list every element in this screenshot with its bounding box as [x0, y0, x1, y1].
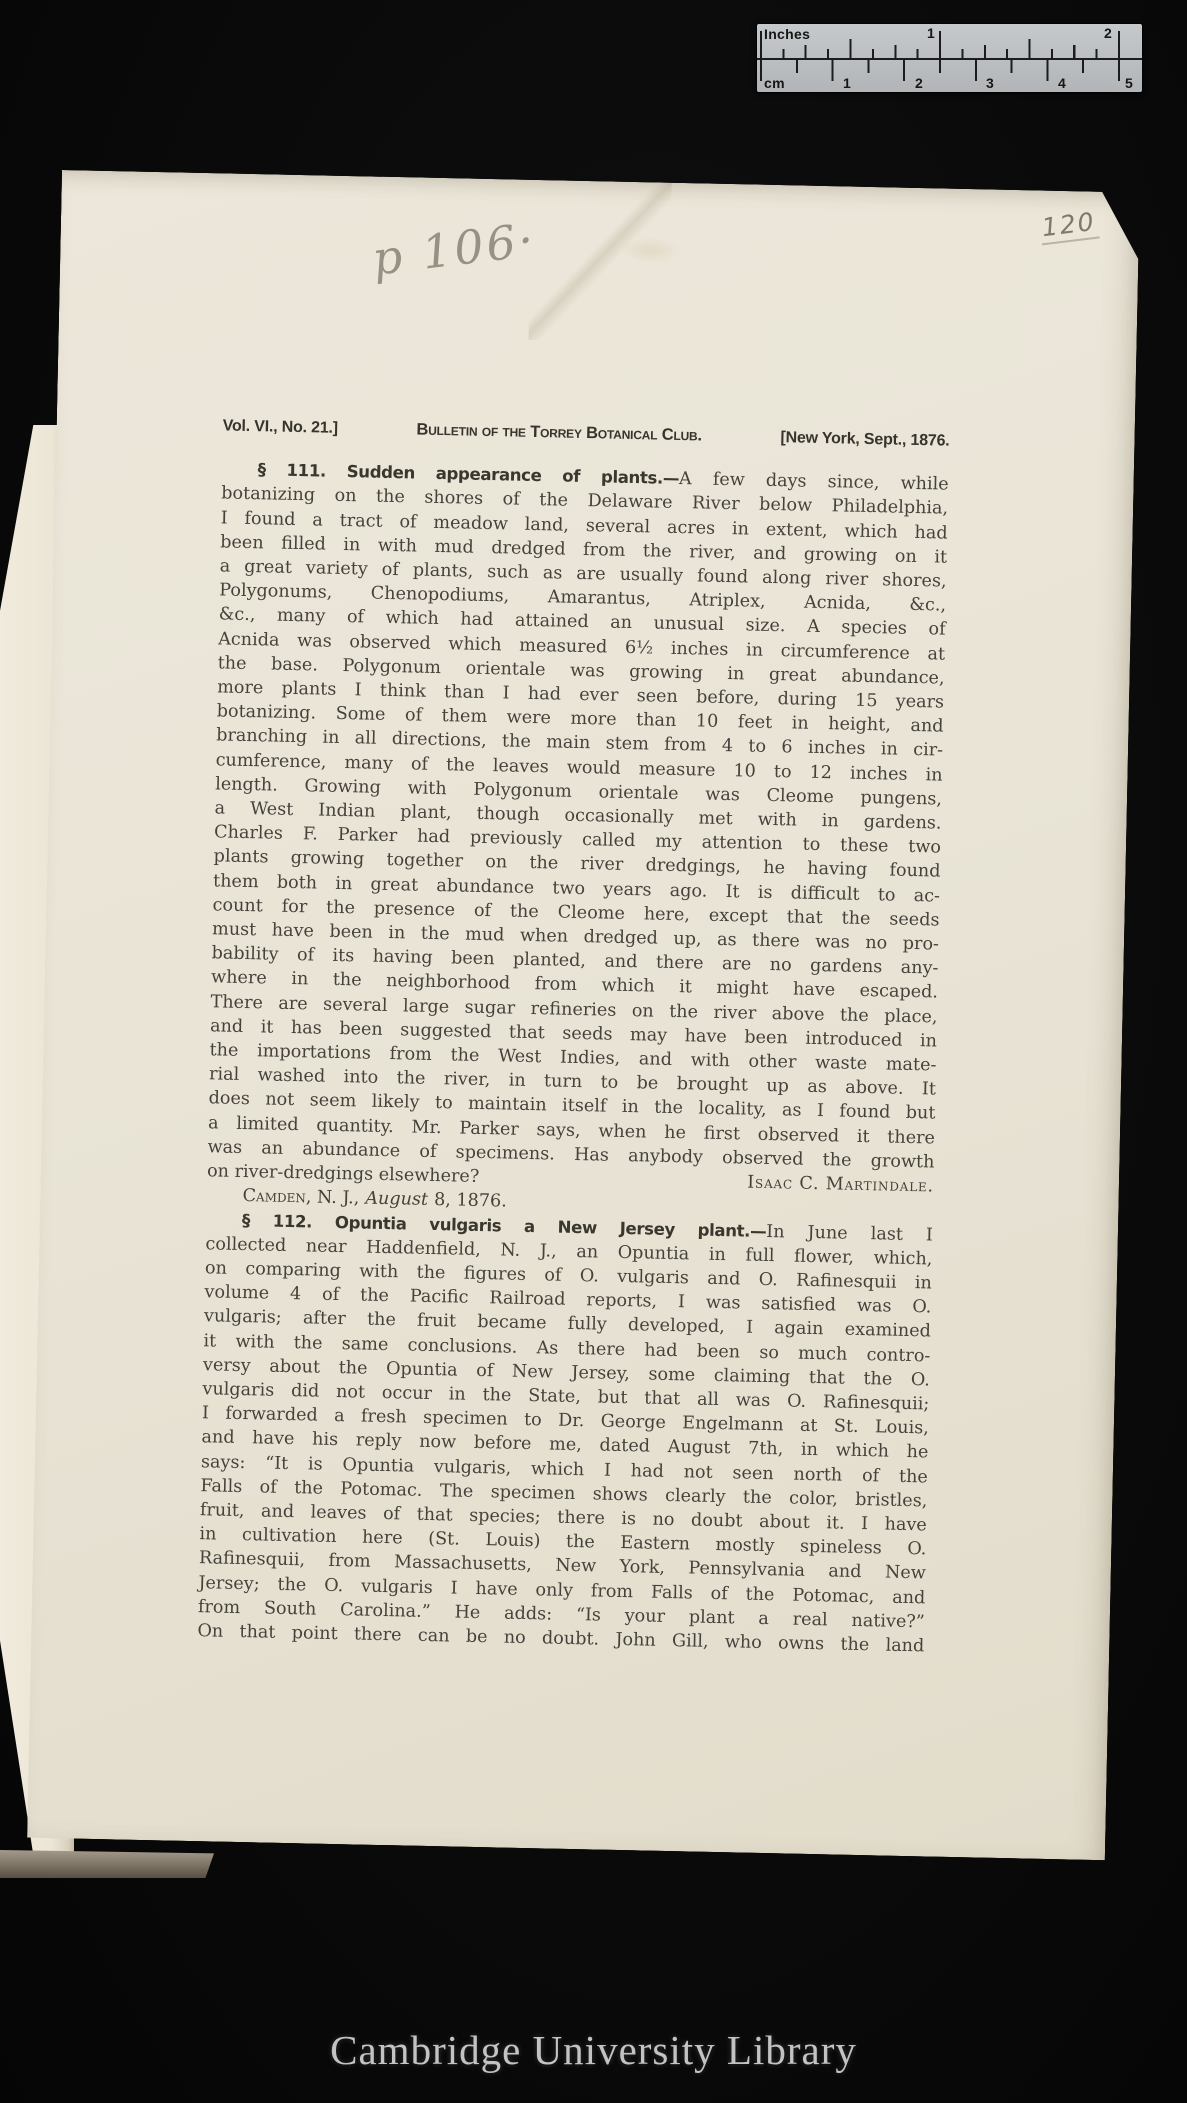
ruler-cm-mark-4: 4	[1058, 75, 1066, 91]
dateline-rest: 8, 1876.	[434, 1190, 507, 1212]
author-signature: Isaac C. Martindale.	[747, 1171, 934, 1199]
ruler-inches-label: Inches	[764, 26, 810, 42]
photo-background: Inches 1 2 cm 1 2 3 4 5 Vol. VI., No. 21…	[0, 0, 1187, 2103]
journal-header: Vol. VI., No. 21.] Bulletin of the Torre…	[222, 413, 949, 453]
ruler-inches-scale: Inches 1 2	[757, 24, 1142, 60]
dateline-month: August	[365, 1189, 428, 1210]
book-cloth-edge	[0, 1850, 214, 1878]
article-111-body: botanizing on the shores of the Delaware…	[207, 482, 948, 1175]
header-volume: Vol. VI., No. 21.]	[222, 414, 338, 441]
document-page: Vol. VI., No. 21.] Bulletin of the Torre…	[27, 170, 1140, 1860]
header-title: Bulletin of the Torrey Botanical Club.	[416, 417, 702, 447]
ruler-cm-mark-5: 5	[1125, 75, 1133, 91]
ruler-cm-mark-2: 2	[915, 75, 923, 91]
ruler-cm-label: cm	[764, 75, 785, 91]
dateline-place: Camden, N. J.,	[242, 1186, 359, 1208]
ruler: Inches 1 2 cm 1 2 3 4 5	[757, 24, 1142, 92]
text-run: A few days since, while	[679, 469, 949, 495]
header-issue: [New York, Sept., 1876.	[780, 426, 950, 454]
ruler-cm-mark-1: 1	[843, 75, 851, 91]
article-112: § 112. Opuntia vulgaris a New Jersey pla…	[197, 1208, 933, 1659]
article-112-body: collected near Haddenfield, N. J., an Op…	[197, 1232, 932, 1659]
text-run: In June last I	[766, 1221, 933, 1244]
ruler-cm-mark-3: 3	[986, 75, 994, 91]
library-watermark: Cambridge University Library	[0, 2026, 1187, 2074]
ruler-inch-mark-1: 1	[927, 25, 935, 41]
article-111: § 111. Sudden appearance of plants.—A fe…	[206, 458, 949, 1223]
text-column: Vol. VI., No. 21.] Bulletin of the Torre…	[197, 413, 950, 1658]
ruler-inch-mark-2: 2	[1104, 25, 1112, 41]
ruler-cm-scale: cm 1 2 3 4 5	[757, 60, 1142, 92]
